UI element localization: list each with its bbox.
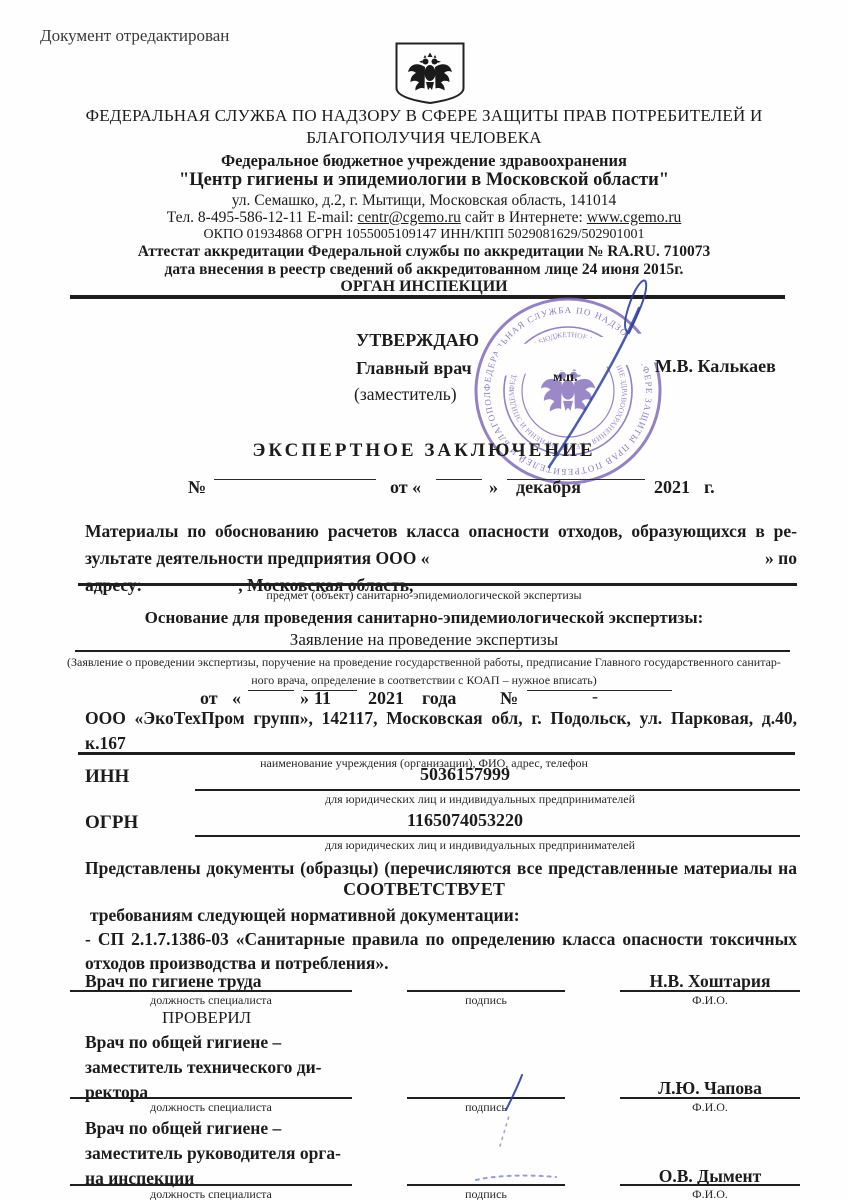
- sig2-position-line2: заместитель технического ди-: [85, 1055, 322, 1080]
- accreditation-line2: дата внесения в реестр сведений об аккре…: [0, 261, 848, 279]
- site-label: сайт в Интернете:: [461, 209, 587, 226]
- sig1-sign-caption: подпись: [407, 993, 565, 1007]
- app-number-blank: [527, 690, 672, 691]
- sig2-name-line: [620, 1097, 800, 1099]
- sig2-position-caption: должность специалиста: [70, 1100, 352, 1114]
- sig1-name-caption: Ф.И.О.: [620, 993, 800, 1007]
- year-suffix: г.: [704, 477, 715, 498]
- service-name-line1: ФЕДЕРАЛЬНАЯ СЛУЖБА ПО НАДЗОРУ В СФЕРЕ ЗА…: [0, 106, 848, 126]
- year-value: 2021: [654, 477, 690, 498]
- docs-line2: требованиям следующей нормативной докуме…: [90, 902, 520, 929]
- org-name: "Центр гигиены и эпидемиологии в Московс…: [0, 170, 848, 191]
- ogrn-caption: для юридических лиц и индивидуальных пре…: [195, 838, 765, 852]
- approver-position: Главный врач: [356, 358, 472, 379]
- sig3-sign-caption: подпись: [407, 1187, 565, 1200]
- sig2-position-line: [70, 1097, 352, 1099]
- sig2-sign-line: [407, 1097, 565, 1099]
- email-link: centr@cgemo.ru: [358, 209, 461, 226]
- org-contacts: Тел. 8-495-586-12-11 E-mail: centr@cgemo…: [0, 209, 848, 227]
- approver-name: М.В. Калькаев: [655, 356, 776, 377]
- date-ot-label: от «: [390, 477, 421, 498]
- coat-of-arms-icon: [395, 42, 465, 104]
- tel-label: Тел. 8-495-586-12-11 E-mail:: [167, 209, 358, 226]
- inn-label: ИНН: [85, 766, 129, 788]
- basis-caption-line2: ного врача, определение в соответствии с…: [0, 673, 848, 687]
- sig3-position-caption: должность специалиста: [70, 1187, 352, 1200]
- sig3-name-line: [620, 1184, 800, 1186]
- organ-inspection: ОРГАН ИНСПЕКЦИИ: [0, 278, 848, 296]
- app-number-dash: -: [592, 686, 598, 707]
- month-value: декабря: [516, 477, 581, 498]
- subject-underline: [78, 583, 797, 586]
- subject-caption: предмет (объект) санитарно-эпидемиологич…: [0, 588, 848, 602]
- document-title: ЭКСПЕРТНОЕ ЗАКЛЮЧЕНИЕ: [0, 440, 848, 462]
- sig1-sign-line: [407, 990, 565, 992]
- applicant-underline: [78, 752, 795, 755]
- sig3-sign-line: [407, 1184, 565, 1186]
- scanned-document-page: Документ отредактирован ФЕДЕРАЛЬНАЯ СЛУЖ…: [0, 0, 848, 1200]
- ogrn-underline: [195, 835, 800, 837]
- redacted-company-blank: [429, 545, 765, 572]
- basis-value: Заявление на проведение экспертизы: [0, 630, 848, 650]
- docs-line3: - СП 2.1.7.1386-03 «Санитарные правила п…: [85, 926, 797, 953]
- applicant-org-line1: ООО «ЭкоТехПром групп», 142117, Московск…: [85, 706, 797, 731]
- number-sign: №: [188, 477, 206, 498]
- day-blank: [436, 479, 482, 480]
- subject-line2-text: зультате деятельности предприятия ООО «: [85, 545, 429, 572]
- org-type: Федеральное бюджетное учреждение здравоо…: [0, 151, 848, 171]
- applicant-org-block: ООО «ЭкоТехПром групп», 142117, Московск…: [85, 706, 797, 756]
- service-name-line2: БЛАГОПОЛУЧИЯ ЧЕЛОВЕКА: [0, 128, 848, 148]
- basis-heading: Основание для проведения санитарно-эпиде…: [0, 608, 848, 628]
- sig2-position-line1: Врач по общей гигиене –: [85, 1030, 281, 1055]
- sig1-position-caption: должность специалиста: [70, 993, 352, 1007]
- org-address: ул. Семашко, д.2, г. Мытищи, Московская …: [0, 192, 848, 210]
- subject-line2-tail: » по: [765, 545, 797, 572]
- sig3-position-line1: Врач по общей гигиене –: [85, 1116, 281, 1141]
- stamp-place-label: м.п.: [553, 370, 578, 386]
- pen-signature-row2-trail: [500, 1116, 509, 1146]
- inn-value: 5036157999: [165, 764, 765, 785]
- redaction-note: Документ отредактирован: [40, 26, 229, 46]
- ogrn-value: 1165074053220: [165, 810, 765, 831]
- accreditation-line1: Аттестат аккредитации Федеральной службы…: [0, 243, 848, 261]
- subject-line1: Материалы по обоснованию расчетов класса…: [85, 518, 797, 545]
- sig3-name-caption: Ф.И.О.: [620, 1187, 800, 1200]
- sig2-name-caption: Ф.И.О.: [620, 1100, 800, 1114]
- approve-label: УТВЕРЖДАЮ: [356, 330, 479, 351]
- sig3-position-line2: заместитель руководителя орга-: [85, 1141, 341, 1166]
- inn-underline: [195, 789, 800, 791]
- org-codes: ОКПО 01934868 ОГРН 1055005109147 ИНН/КПП…: [0, 227, 848, 243]
- sig1-name-line: [620, 990, 800, 992]
- date-close-quote: »: [489, 477, 498, 498]
- sig3-position-line: [70, 1184, 352, 1186]
- docs-line1: Представлены документы (образцы) (перечи…: [85, 855, 797, 882]
- approver-deputy: (заместитель): [354, 384, 457, 405]
- inn-caption: для юридических лиц и индивидуальных пре…: [195, 792, 765, 806]
- verdict: СООТВЕТСТВУЕТ: [0, 879, 848, 900]
- subject-paragraph: Материалы по обоснованию расчетов класса…: [85, 518, 797, 599]
- subject-line2: зультате деятельности предприятия ООО « …: [85, 545, 797, 572]
- sig2-sign-caption: подпись: [407, 1100, 565, 1114]
- basis-caption-line1: (Заявление о проведении экспертизы, пору…: [0, 655, 848, 669]
- basis-underline: [75, 650, 790, 652]
- website-link: www.cgemo.ru: [587, 209, 682, 226]
- sig1-position-line: [70, 990, 352, 992]
- header-separator-line: [70, 295, 785, 299]
- number-blank: [214, 479, 376, 480]
- pen-smudge-row3: [476, 1176, 556, 1180]
- app-day-blank: [248, 690, 294, 691]
- ogrn-label: ОГРН: [85, 812, 138, 834]
- checked-label: ПРОВЕРИЛ: [162, 1008, 251, 1028]
